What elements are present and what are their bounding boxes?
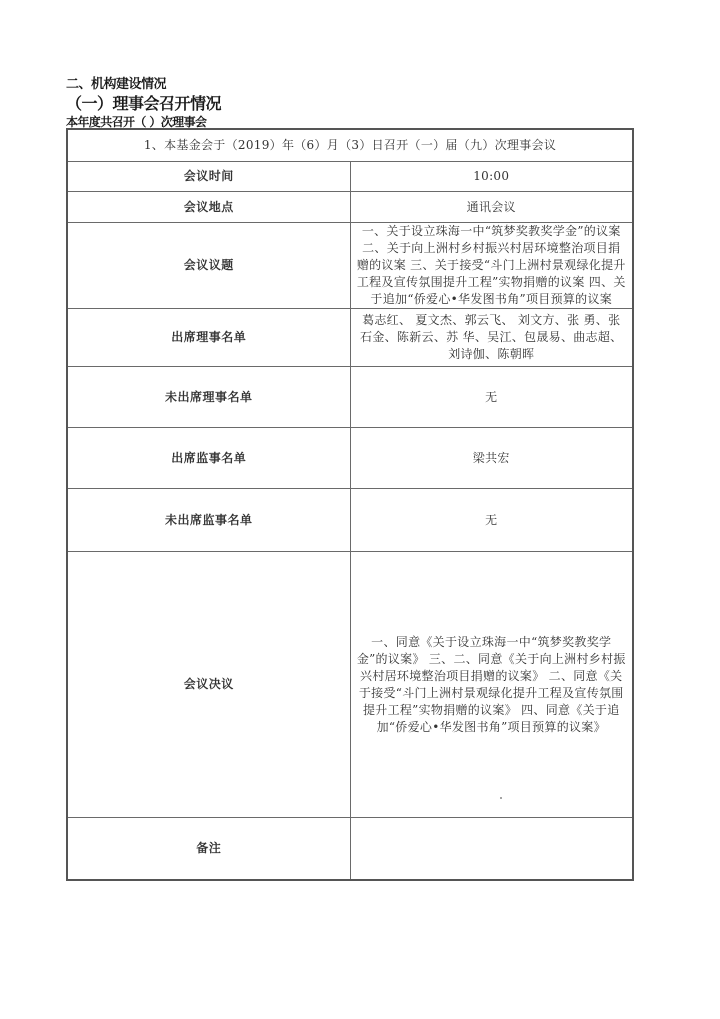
table-title-row: 1、本基金会于（2019）年（6）月（3）日召开（一）届（九）次理事会议	[67, 129, 633, 162]
meeting-title: 1、本基金会于（2019）年（6）月（3）日召开（一）届（九）次理事会议	[67, 129, 633, 162]
board-meeting-table: 1、本基金会于（2019）年（6）月（3）日召开（一）届（九）次理事会议 会议时…	[66, 128, 634, 881]
table-row: 出席监事名单 梁共宏	[67, 428, 633, 489]
section-heading: 二、机构建设情况	[66, 73, 166, 92]
table-row: 备注	[67, 818, 633, 881]
meeting-time-value: 10:00	[350, 162, 633, 192]
absent-directors-label: 未出席理事名单	[67, 367, 350, 428]
table-row: 会议时间 10:00	[67, 162, 633, 192]
table-row: 出席理事名单 葛志红、 夏文杰、郭云飞、 刘文方、张 勇、张石金、陈新云、苏 华…	[67, 309, 633, 367]
attending-directors-label: 出席理事名单	[67, 309, 350, 367]
attending-directors-value: 葛志红、 夏文杰、郭云飞、 刘文方、张 勇、张石金、陈新云、苏 华、吴江、包晟易…	[350, 309, 633, 367]
attending-supervisors-label: 出席监事名单	[67, 428, 350, 489]
attending-supervisors-value: 梁共宏	[350, 428, 633, 489]
absent-supervisors-label: 未出席监事名单	[67, 489, 350, 552]
meeting-agenda-label: 会议议题	[67, 223, 350, 309]
meeting-time-label: 会议时间	[67, 162, 350, 192]
resolution-label: 会议决议	[67, 552, 350, 818]
absent-supervisors-value: 无	[350, 489, 633, 552]
table-row: 未出席理事名单 无	[67, 367, 633, 428]
subsection-heading: （一）理事会召开情况	[66, 91, 221, 114]
meeting-location-value: 通讯会议	[350, 192, 633, 223]
table-row: 会议决议 一、同意《关于设立珠海一中“筑梦奖教奖学金”的议案》 三、二、同意《关…	[67, 552, 633, 818]
table-row: 未出席监事名单 无	[67, 489, 633, 552]
remarks-value	[350, 818, 633, 881]
meeting-location-label: 会议地点	[67, 192, 350, 223]
table-row: 会议议题 一、关于设立珠海一中“筑梦奖教奖学金”的议案 二、关于向上洲村乡村振兴…	[67, 223, 633, 309]
resolution-value: 一、同意《关于设立珠海一中“筑梦奖教奖学金”的议案》 三、二、同意《关于向上洲村…	[350, 552, 633, 818]
absent-directors-value: 无	[350, 367, 633, 428]
meeting-agenda-value: 一、关于设立珠海一中“筑梦奖教奖学金”的议案 二、关于向上洲村乡村振兴村居环境整…	[350, 223, 633, 309]
table-row: 会议地点 通讯会议	[67, 192, 633, 223]
remarks-label: 备注	[67, 818, 350, 881]
scan-speck	[500, 797, 502, 799]
